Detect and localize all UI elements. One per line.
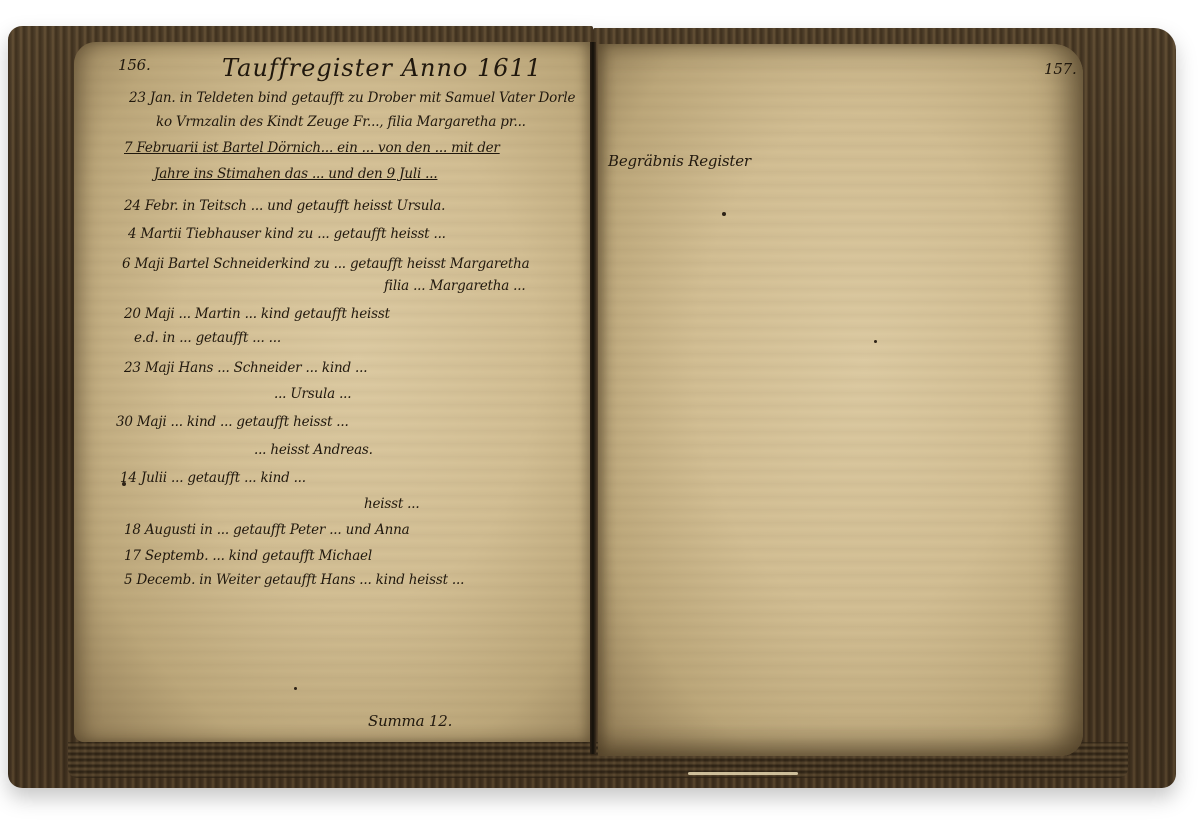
left-page: 156. Tauffregister Anno 1611 23 Jan. in … xyxy=(74,42,591,742)
register-entry: 30 Maji ... kind ... getaufft heisst ... xyxy=(116,414,349,430)
open-book: 156. Tauffregister Anno 1611 23 Jan. in … xyxy=(8,26,1176,788)
page-heading: Tauffregister Anno 1611 xyxy=(222,54,542,82)
summa-note: Summa 12. xyxy=(368,712,452,730)
ink-blot xyxy=(294,687,297,690)
right-page-number: 157. xyxy=(1044,60,1077,78)
register-entry: 24 Febr. in Teitsch ... und getaufft hei… xyxy=(124,198,445,214)
ink-blot xyxy=(874,340,877,343)
register-entry: 4 Martii Tiebhauser kind zu ... getaufft… xyxy=(128,226,446,242)
register-entry: ... heisst Andreas. xyxy=(254,442,373,458)
right-page: 157. Begräbnis Register xyxy=(598,44,1083,756)
register-entry: 5 Decemb. in Weiter getaufft Hans ... ki… xyxy=(124,572,464,588)
ink-blot xyxy=(122,482,126,486)
register-entry: 20 Maji ... Martin ... kind getaufft hei… xyxy=(124,306,390,322)
register-entry: 23 Jan. in Teldeten bind getaufft zu Dro… xyxy=(129,90,575,106)
left-page-number: 156. xyxy=(118,56,151,74)
ink-blot xyxy=(722,212,726,216)
page-stack-highlight xyxy=(688,772,798,775)
register-entry: 17 Septemb. ... kind getaufft Michael xyxy=(124,548,372,564)
register-entry: Jahre ins Stimahen das ... und den 9 Jul… xyxy=(154,166,437,182)
register-entry: 23 Maji Hans ... Schneider ... kind ... xyxy=(124,360,367,376)
book-gutter xyxy=(590,42,596,754)
burial-register-heading: Begräbnis Register xyxy=(608,152,751,170)
register-entry: ... Ursula ... xyxy=(274,386,351,402)
register-entry: e.d. in ... getaufft ... ... xyxy=(134,330,281,346)
register-entry: 7 Februarii ist Bartel Dörnich... ein ..… xyxy=(124,140,500,156)
register-entry: ko Vrmzalin des Kindt Zeuge Fr..., filia… xyxy=(156,114,526,130)
register-entry: filia ... Margaretha ... xyxy=(384,278,525,294)
register-entry: 18 Augusti in ... getaufft Peter ... und… xyxy=(124,522,410,538)
register-entry: 14 Julii ... getaufft ... kind ... xyxy=(120,470,306,486)
register-entry: heisst ... xyxy=(364,496,419,512)
register-entry: 6 Maji Bartel Schneiderkind zu ... getau… xyxy=(122,256,530,272)
